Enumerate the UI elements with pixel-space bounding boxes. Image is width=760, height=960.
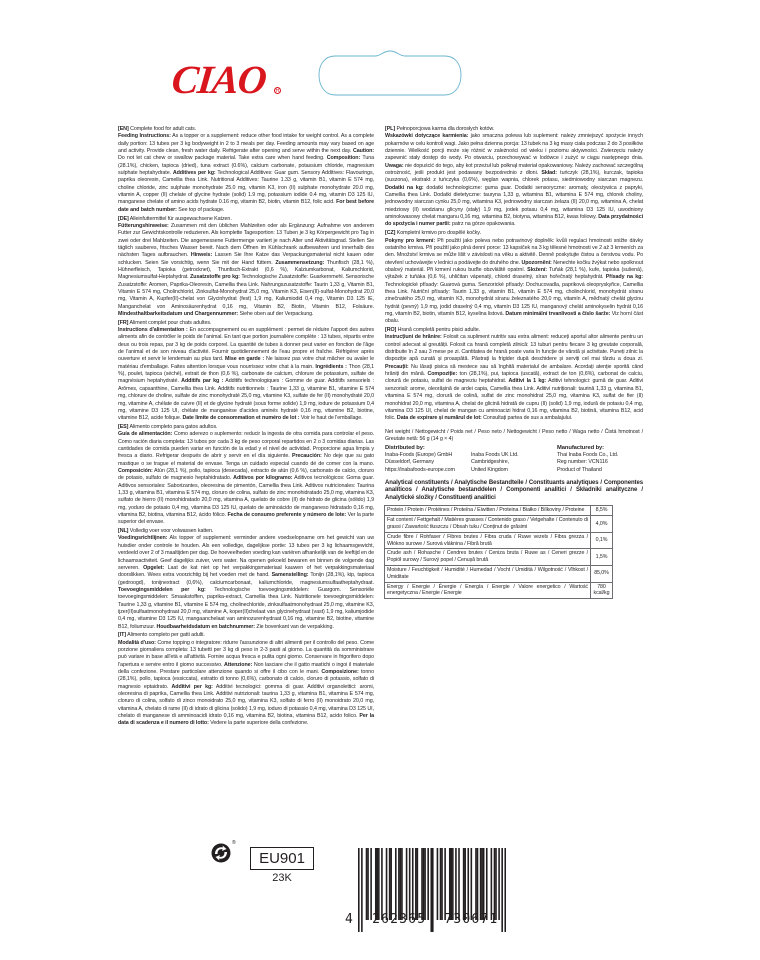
section-label: Precauții: [385, 364, 409, 370]
analytic-label: Protein / Protein / Protéines / Proteína… [385, 506, 591, 516]
section-label: Složení: [527, 267, 547, 273]
language-block-es: [ES] Alimento completo para gatos adulto… [118, 424, 374, 527]
analytic-label: Energy / Energie / Énergie / Energía / E… [385, 582, 591, 599]
language-title: Aliment complet pour chats adultes. [130, 320, 212, 326]
analytic-title: Analytical constituents / Analytische Be… [385, 480, 643, 503]
section-label: Additivi per kg: [172, 684, 213, 690]
barcode-digits: 4 262365 730671 [345, 912, 498, 927]
section-label: Compoziție: [427, 371, 457, 377]
logo-text: CIAO [170, 60, 268, 100]
section-label: Precaución: [292, 453, 322, 459]
section-label: Data de expirare și numărul de lot: [397, 415, 482, 421]
language-title: Alimento completo per gatti adulti. [127, 632, 205, 638]
analytic-table: Protein / Protein / Protéines / Proteína… [384, 505, 613, 599]
section-label: Fütterungshinweise: [118, 223, 169, 229]
green-dot-recycle-icon [211, 843, 231, 863]
language-title: Alleinfuttermittel für ausgewachsene Kat… [130, 216, 232, 222]
language-block-de: [DE] Alleinfuttermittel für ausgewachsen… [118, 216, 374, 319]
section-label: Upozornění: [521, 260, 551, 266]
section-text: Do not let cat chew or swallow package m… [118, 155, 324, 161]
analytic-row: Moisture / Feuchtigkeit / Humidité / Hum… [385, 566, 613, 583]
analytic-value: 780 kcal/kg [591, 582, 613, 599]
section-label: Composición: [118, 468, 153, 474]
section-label: Toevoegingsmiddelen per kg: [118, 587, 206, 593]
language-title: Volledig voer voor volwassen katten. [130, 528, 214, 534]
distribution-info: Distributed by: Inaba-Foods (Europe) Gmb… [385, 445, 643, 474]
language-code: [FR] [118, 320, 128, 326]
section-label: Additives per kg: [173, 170, 216, 176]
language-block-it: [IT] Alimento completo per gatti adulti.… [118, 632, 374, 727]
language-block-fr: [FR] Aliment complet pour chats adultes.… [118, 320, 374, 423]
section-label: Pokyny pro krmení: [385, 238, 435, 244]
language-block-pl: [PL] Pełnoporcjowa karma dla dorosłych k… [385, 126, 643, 229]
analytic-label: Crude fibre / Rohfaser / Fibres brutes /… [385, 532, 591, 549]
section-label: Uwaga: [385, 163, 404, 169]
language-block-en: [EN] Complete food for adult cats.Feedin… [118, 126, 374, 214]
eu-code-sub: 23K [250, 872, 314, 884]
analytic-value: 85,0% [591, 566, 613, 583]
analytic-label: Moisture / Feuchtigkeit / Humidité / Hum… [385, 566, 591, 583]
section-text: Vedere la parte superiore della confezio… [210, 720, 308, 726]
section-label: Samenstelling: [272, 572, 309, 578]
section-label: Dodatki na kg: [385, 185, 424, 191]
language-code: [NL] [118, 528, 128, 534]
manufactured-by-heading: Manufactured by: [557, 445, 643, 452]
ciao-logo: CIAO R [172, 60, 282, 100]
section-label: Mindesthaltbarkeitsdatum und Chargennumm… [118, 311, 238, 317]
section-label: Ingrédients : [315, 364, 346, 370]
ingredients-column-left: [EN] Complete food for adult cats.Feedin… [118, 126, 374, 729]
section-label: Zusammensetzung: [275, 260, 324, 266]
analytic-row: Protein / Protein / Protéines / Proteína… [385, 506, 613, 516]
ingredients-column-right: [PL] Pełnoporcjowa karma dla dorosłych k… [385, 126, 643, 599]
language-block-ro: [RO] Hrană completă pentru pisici adulte… [385, 327, 643, 422]
section-label: Wskazówki dotyczące karmienia: [385, 133, 468, 139]
section-label: Instrucțiuni de hrănire: [385, 334, 442, 340]
section-label: Instructions d'alimentation : [118, 327, 188, 333]
analytic-value: 8,5% [591, 506, 613, 516]
section-text: patrz na górze opakowania. [452, 221, 516, 227]
section-label: Aditivos por kilogramo: [233, 475, 292, 481]
green-dot-registered-icon: ® [232, 840, 236, 846]
analytic-value: 1,5% [591, 549, 613, 566]
section-text: Voir le haut de l'emballage. [301, 415, 363, 421]
registered-mark-icon: R [274, 87, 281, 94]
section-label: Hinweis: [191, 252, 212, 258]
distributor-uk: Inaba Foods UK Ltd. Cambridgeshire, Unit… [471, 445, 557, 474]
section-text: Consultați partea de sus a ambalajului. [483, 415, 572, 421]
distributor-eu-url: https://inabafoods-europe.com [385, 467, 471, 474]
hang-hole-outline [317, 50, 463, 98]
section-text: Zie bovenkant van de verpakking. [256, 624, 333, 630]
language-title: Pełnoporcjowa karma dla dorosłych kotów. [396, 126, 494, 132]
language-code: [RO] [385, 327, 396, 333]
net-weight: Net weight / Nettogewicht / Poids net / … [385, 429, 643, 444]
distributor-eu-city: Düsseldorf, Germany [385, 459, 471, 466]
distributor-uk-country: United Kingdom [471, 467, 557, 474]
section-label: Zusatzstoffe pro kg: [190, 274, 240, 280]
language-block-cz: [CZ] Kompletní krmivo pro dospělé kočky.… [385, 230, 643, 325]
section-label: Aditivi la 1 kg: [509, 378, 547, 384]
language-code: [ES] [118, 424, 128, 430]
analytic-row: Crude ash / Rohasche / Cendres brutes / … [385, 549, 613, 566]
manufacturer-origin: Product of Thailand [557, 467, 643, 474]
section-label: Houdbaarheidsdatum en batchnummer: [156, 624, 255, 630]
section-label: Attenzione: [224, 662, 252, 668]
distributed-by-heading: Distributed by: [385, 445, 471, 452]
section-label: Additifs par kg : [181, 378, 223, 384]
language-title: Complete food for adult cats. [130, 126, 196, 132]
analytic-value: 4,0% [591, 516, 613, 533]
section-label: Caution: [353, 148, 374, 154]
language-code: [EN] [118, 126, 129, 132]
distributor-uk-name: Inaba Foods UK Ltd. [471, 452, 557, 459]
language-code: [DE] [118, 216, 129, 222]
language-title: Alimento completo para gatos adultos. [130, 424, 218, 430]
section-label: Modalità d'uso: [118, 640, 156, 646]
section-label: Date limite de consommation et numéro de… [183, 415, 300, 421]
manufacturer: Manufactured by: Thai Inaba Foods Co., L… [557, 445, 643, 474]
analytic-row: Fat content / Fettgehalt / Matières gras… [385, 516, 613, 533]
distributor-eu-name: Inaba-Foods (Europe) GmbH [385, 452, 471, 459]
section-label: Composition: [327, 155, 360, 161]
analytic-value: 0,1% [591, 532, 613, 549]
language-block-nl: [NL] Volledig voer voor volwassen katten… [118, 528, 374, 631]
language-code: [PL] [385, 126, 395, 132]
language-code: [CZ] [385, 230, 395, 236]
section-label: Fecha de consumo preferente y número de … [227, 512, 346, 518]
language-title: Kompletní krmivo pro dospělé kočky. [397, 230, 481, 236]
distributor-eu: Distributed by: Inaba-Foods (Europe) Gmb… [385, 445, 471, 474]
section-text: Siehe oben auf der Verpackung. [239, 311, 313, 317]
distributor-uk-region: Cambridgeshire, [471, 459, 557, 466]
section-label: Opgelet: [143, 565, 164, 571]
section-label: Skład: [541, 170, 557, 176]
manufacturer-name: Thai Inaba Foods Co., Ltd. [557, 452, 643, 459]
eu-code-box: EU901 [250, 847, 314, 870]
analytic-row: Crude fibre / Rohfaser / Fibres brutes /… [385, 532, 613, 549]
section-label: Přísady na kg: [606, 274, 643, 280]
analytic-row: Energy / Energie / Énergie / Energía / E… [385, 582, 613, 599]
section-label: Mise en garde : [225, 356, 264, 362]
analytic-label: Crude ash / Rohasche / Cendres brutes / … [385, 549, 591, 566]
section-label: Voedingsrichtlijnen: [118, 535, 167, 541]
section-label: Composizione: [321, 669, 358, 675]
section-label: Guía de alimentación: [118, 431, 172, 437]
analytic-label: Fat content / Fettgehalt / Matières gras… [385, 516, 591, 533]
language-code: [IT] [118, 632, 126, 638]
section-label: Feeding Instructions: [118, 133, 171, 139]
section-label: Datum minimální trvanlivosti a číslo šar… [505, 311, 610, 317]
language-title: Hrană completă pentru pisici adulte. [398, 327, 480, 333]
manufacturer-reg: Reg number: VCN116 [557, 459, 643, 466]
section-text: See top of package. [178, 207, 224, 213]
